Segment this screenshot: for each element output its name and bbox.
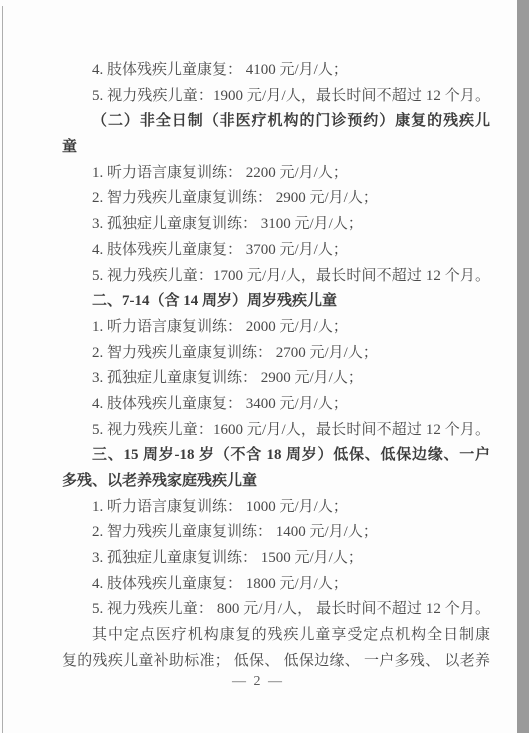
list-item-line: 4. 肢体残疾儿童康复： 3700 元/月/人； <box>62 238 490 264</box>
section-heading-line: 二、7-14（含 14 周岁）周岁残疾儿童 <box>62 289 490 315</box>
list-item-line: 1. 听力语言康复训练： 2000 元/月/人； <box>62 315 490 341</box>
list-item-line: 4. 肢体残疾儿童康复： 4100 元/月/人； <box>62 58 490 84</box>
scanned-document-page: 4. 肢体残疾儿童康复： 4100 元/月/人； 5. 视力残疾儿童：1900 … <box>0 0 529 733</box>
page-number: — 2 — <box>44 674 472 690</box>
list-item-line: 5. 视力残疾儿童：1700 元/月/人，最长时间不超过 12 个月。 <box>62 264 490 290</box>
list-item-line: 3. 孤独症儿童康复训练： 3100 元/月/人； <box>62 212 490 238</box>
list-item-line: 3. 孤独症儿童康复训练： 2900 元/月/人； <box>62 366 490 392</box>
section-heading-line: 多残、以老养残家庭残疾儿童 <box>62 469 490 495</box>
list-item-line: 3. 孤独症儿童康复训练： 1500 元/月/人； <box>62 546 490 572</box>
list-item-line: 1. 听力语言康复训练： 1000 元/月/人； <box>62 495 490 521</box>
paragraph-line: 复的残疾儿童补助标准； 低保、 低保边缘、 一户多残、 以老养 <box>62 649 490 675</box>
list-item-line: 2. 智力残疾儿童康复训练： 2900 元/月/人； <box>62 186 490 212</box>
scan-right-edge-strip <box>517 0 529 733</box>
list-item-line: 2. 智力残疾儿童康复训练： 2700 元/月/人； <box>62 341 490 367</box>
document-body: 4. 肢体残疾儿童康复： 4100 元/月/人； 5. 视力残疾儿童：1900 … <box>62 58 490 675</box>
list-item-line: 5. 视力残疾儿童：1900 元/月/人，最长时间不超过 12 个月。 <box>62 84 490 110</box>
list-item-line: 2. 智力残疾儿童康复训练： 1400 元/月/人； <box>62 520 490 546</box>
list-item-line: 1. 听力语言康复训练： 2200 元/月/人； <box>62 161 490 187</box>
subsection-heading-line: （二）非全日制（非医疗机构的门诊预约）康复的残疾儿 <box>62 109 490 135</box>
list-item-line: 5. 视力残疾儿童： 800 元/月/人， 最长时间不超过 12 个月。 <box>62 597 490 623</box>
list-item-line: 5. 视力残疾儿童：1600 元/月/人，最长时间不超过 12 个月。 <box>62 418 490 444</box>
section-heading-line: 三、15 周岁-18 岁（不含 18 周岁）低保、低保边缘、一户 <box>62 443 490 469</box>
page-left-edge-line <box>2 6 3 733</box>
subsection-heading-line: 童 <box>62 135 490 161</box>
paragraph-line: 其中定点医疗机构康复的残疾儿童享受定点机构全日制康 <box>62 623 490 649</box>
list-item-line: 4. 肢体残疾儿童康复： 3400 元/月/人； <box>62 392 490 418</box>
list-item-line: 4. 肢体残疾儿童康复： 1800 元/月/人； <box>62 572 490 598</box>
